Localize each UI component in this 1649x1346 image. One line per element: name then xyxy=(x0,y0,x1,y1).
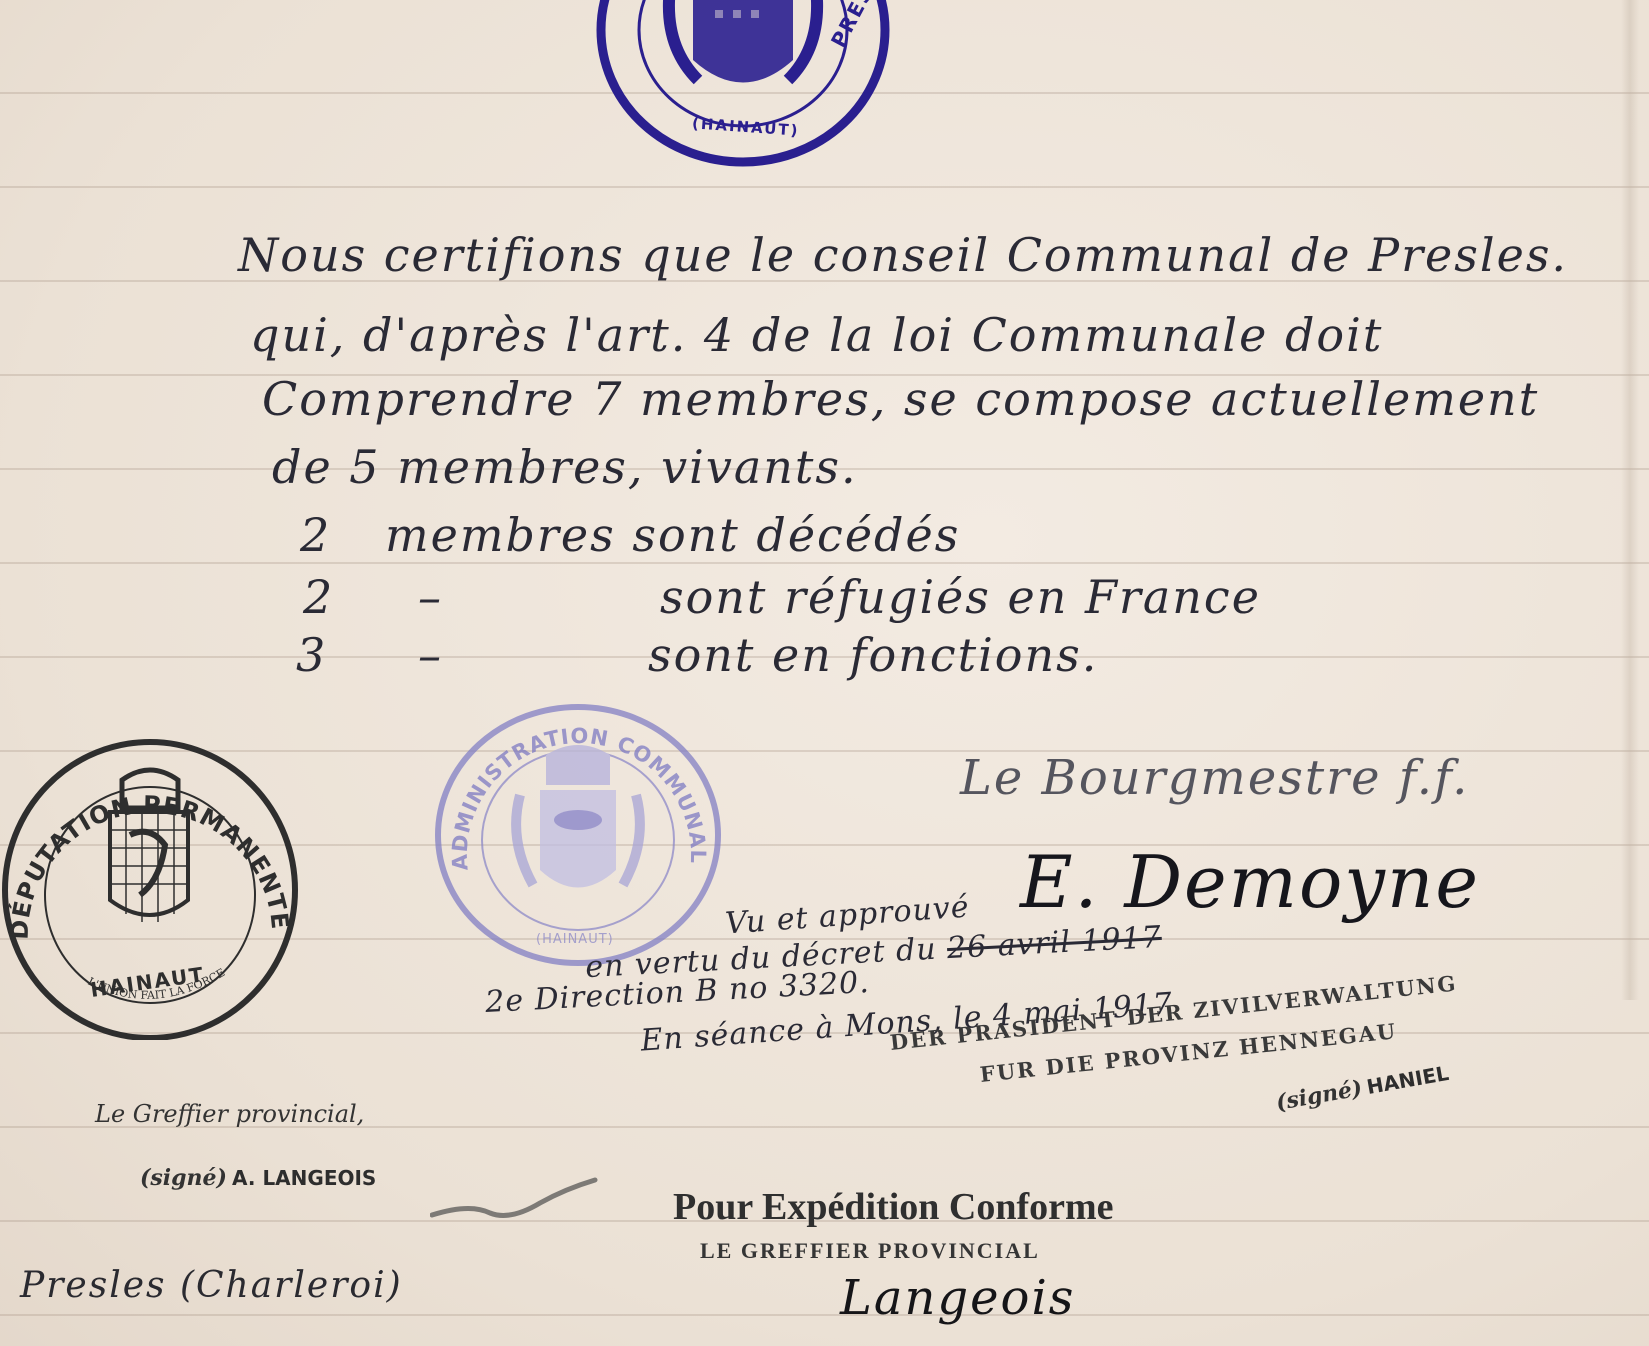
breakdown-text: membres sont décédés xyxy=(385,508,960,562)
conforme-heading: Pour Expédition Conforme xyxy=(673,1185,1114,1229)
breakdown-dash: – xyxy=(418,628,443,682)
greffier-name: A. LANGEOIS xyxy=(232,1166,376,1190)
body-line-1: Nous certifions que le conseil Communal … xyxy=(238,228,1568,282)
german-signed-label: (signé) xyxy=(1274,1075,1364,1116)
paper-edge-imprint xyxy=(1621,0,1639,1000)
coat-of-arms-icon: ADMINISTRATION COMMUNALE DE PRESLES xyxy=(428,700,728,970)
german-stamp-signed: (signé) HANIEL xyxy=(1274,1060,1451,1116)
greffier-heading: LE GREFFIER PROVINCIAL xyxy=(700,1238,1040,1264)
provincial-council-stamp: DÉPUTATION PERMANENTE DU CONSEIL PROVINC… xyxy=(0,730,300,1040)
mayor-signature: E. Demoyne xyxy=(1020,840,1480,924)
greffier-signed-label: (signé) xyxy=(140,1165,227,1191)
approval-decree-date-struck: 26 avril 1917 xyxy=(946,920,1163,966)
german-signer-name: HANIEL xyxy=(1365,1061,1451,1099)
breakdown-count: 3 xyxy=(296,628,327,682)
pencil-stroke-mark xyxy=(430,1175,600,1225)
breakdown-text: sont réfugiés en France xyxy=(660,570,1261,624)
breakdown-count: 2 xyxy=(300,508,331,562)
breakdown-count: 2 xyxy=(303,570,334,624)
place-note: Presles (Charleroi) xyxy=(20,1265,403,1306)
greffier-signature: Langeois xyxy=(840,1270,1075,1326)
breakdown-text: sont en fonctions. xyxy=(648,628,1098,682)
commune-stamp-presles: ADMINISTRATION COMMUNALE DE PRESLES (HAI… xyxy=(428,700,728,970)
body-line-2: qui, d'après l'art. 4 de la loi Communal… xyxy=(250,308,1383,362)
stamp-commune-bottom-text: (HAINAUT) xyxy=(536,932,614,947)
breakdown-dash: – xyxy=(418,570,443,624)
commune-stamp-top: (HAINAUT) PRESLES xyxy=(588,0,898,170)
greffier-title: Le Greffier provincial, xyxy=(95,1100,364,1128)
mayor-title: Le Bourgmestre f.f. xyxy=(960,750,1469,806)
body-line-3: Comprendre 7 membres, se compose actuell… xyxy=(262,372,1539,426)
greffier-signed: (signé) A. LANGEOIS xyxy=(140,1165,376,1191)
body-line-4: de 5 membres, vivants. xyxy=(272,440,858,494)
